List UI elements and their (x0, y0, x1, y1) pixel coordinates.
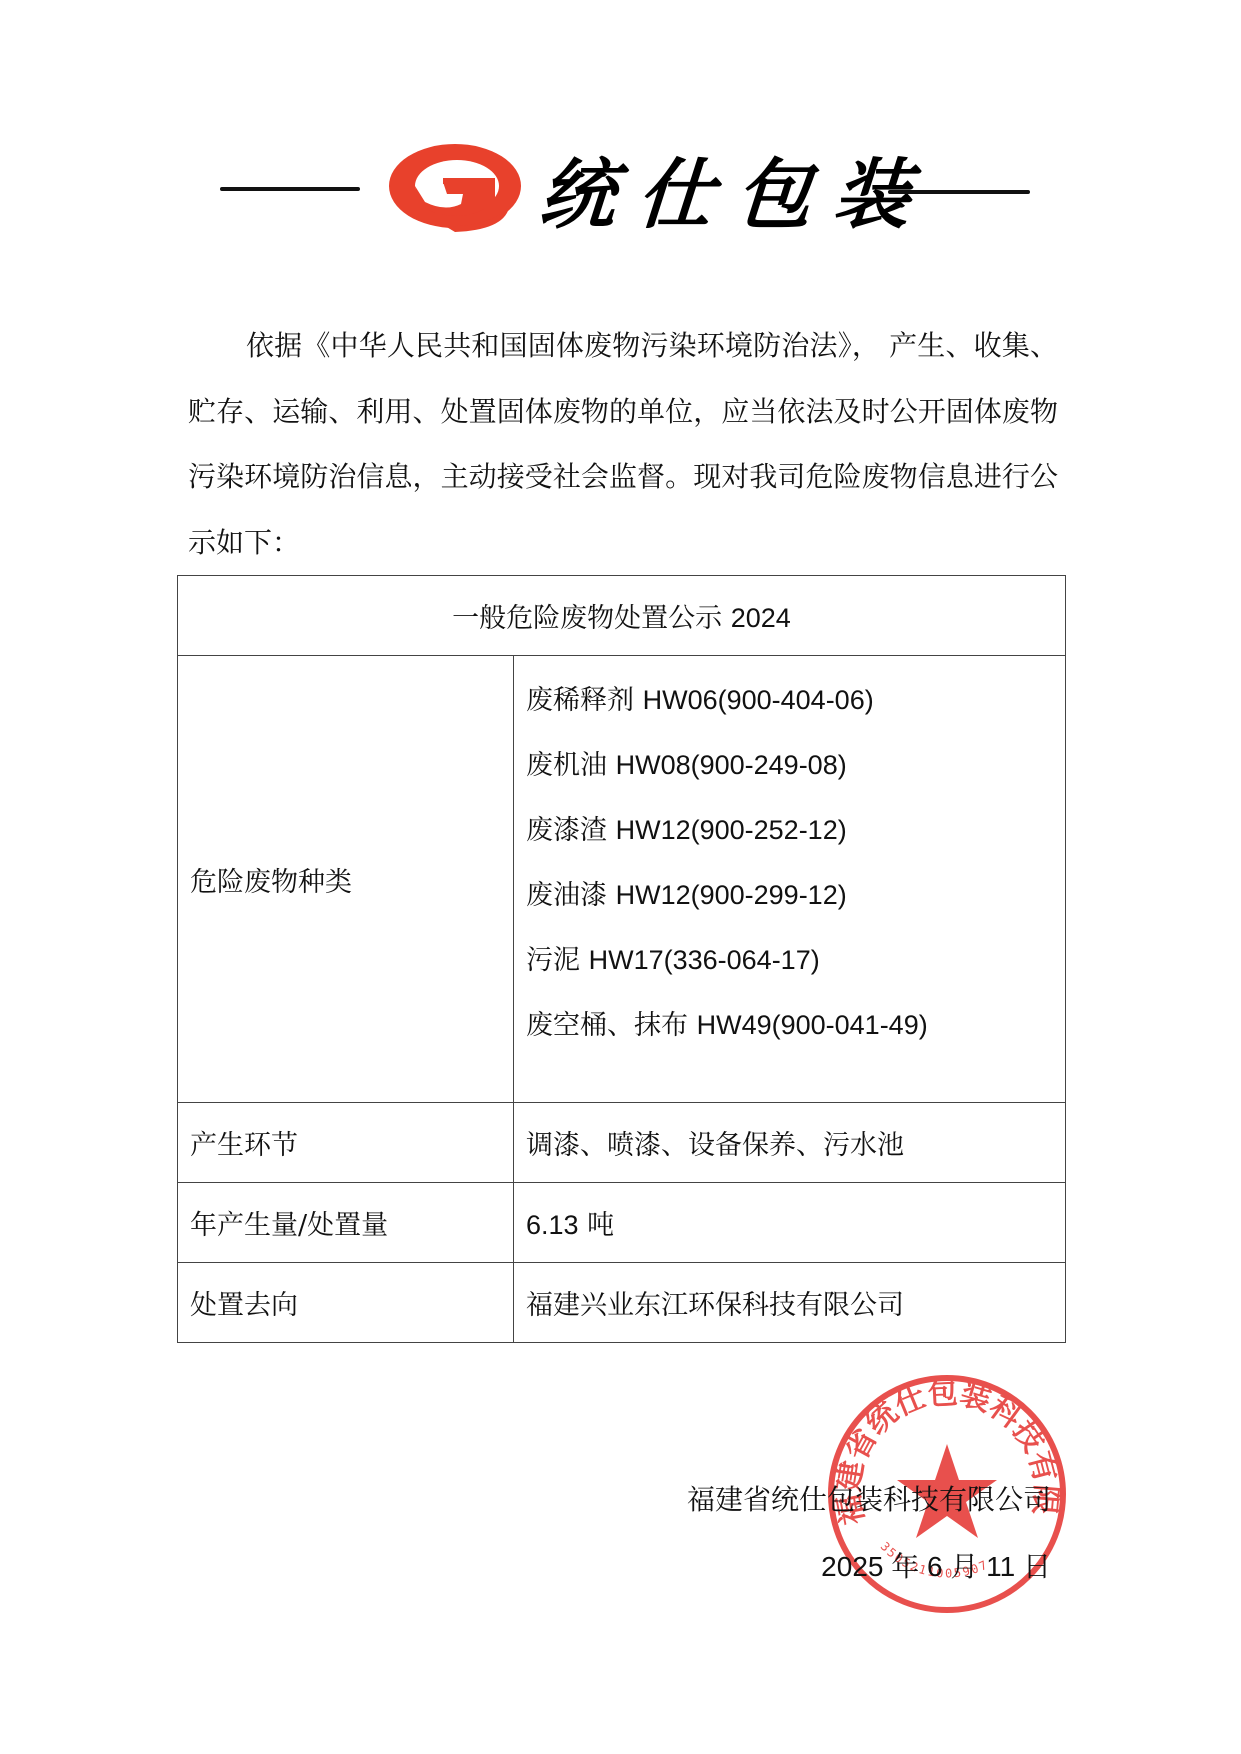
letterhead: 统仕包装 (0, 120, 1241, 240)
signature-company: 福建省统仕包装科技有限公司 (687, 1478, 1051, 1518)
company-logo-icon (385, 142, 525, 234)
table-title: 一般危险废物处置公示 2024 (178, 576, 1066, 656)
table-title-text: 一般危险废物处置公示 (452, 603, 722, 634)
brand-name: 统仕包装 (536, 134, 936, 243)
table-row: 年产生量/处置量 6.13 吨 (178, 1183, 1066, 1263)
table-row: 危险废物种类 废稀释剂 HW06(900-404-06) 废机油 HW08(90… (178, 656, 1066, 1103)
list-item: 污泥 HW17(336-064-17) (526, 928, 1053, 993)
disposal-notice-table: 一般危险废物处置公示 2024 危险废物种类 废稀释剂 HW06(900-404… (177, 575, 1066, 1343)
table-row: 产生环节 调漆、喷漆、设备保养、污水池 (178, 1103, 1066, 1183)
table-row: 处置去向 福建兴业东江环保科技有限公司 (178, 1263, 1066, 1343)
types-label: 危险废物种类 (178, 656, 514, 1103)
types-list: 废稀释剂 HW06(900-404-06) 废机油 HW08(900-249-0… (514, 656, 1066, 1103)
list-item: 废空桶、抹布 HW49(900-041-49) (526, 993, 1053, 1058)
list-item: 废稀释剂 HW06(900-404-06) (526, 668, 1053, 733)
letterhead-right-rule (888, 190, 1030, 194)
process-value: 调漆、喷漆、设备保养、污水池 (514, 1103, 1066, 1183)
table-title-year: 2024 (731, 603, 791, 633)
list-item: 废机油 HW08(900-249-08) (526, 733, 1053, 798)
intro-paragraph: 依据《中华人民共和国固体废物污染环境防治法》， 产生、收集、贮存、运输、利用、处… (188, 313, 1058, 575)
letterhead-left-rule (220, 187, 360, 191)
table-title-row: 一般危险废物处置公示 2024 (178, 576, 1066, 656)
amount-label: 年产生量/处置量 (178, 1183, 514, 1263)
destination-label: 处置去向 (178, 1263, 514, 1343)
amount-value: 6.13 吨 (514, 1183, 1066, 1263)
list-item: 废油漆 HW12(900-299-12) (526, 863, 1053, 928)
list-item: 废漆渣 HW12(900-252-12) (526, 798, 1053, 863)
destination-value: 福建兴业东江环保科技有限公司 (514, 1263, 1066, 1343)
signature-date: 2025 年 6 月 11 日 (821, 1545, 1051, 1585)
process-label: 产生环节 (178, 1103, 514, 1183)
